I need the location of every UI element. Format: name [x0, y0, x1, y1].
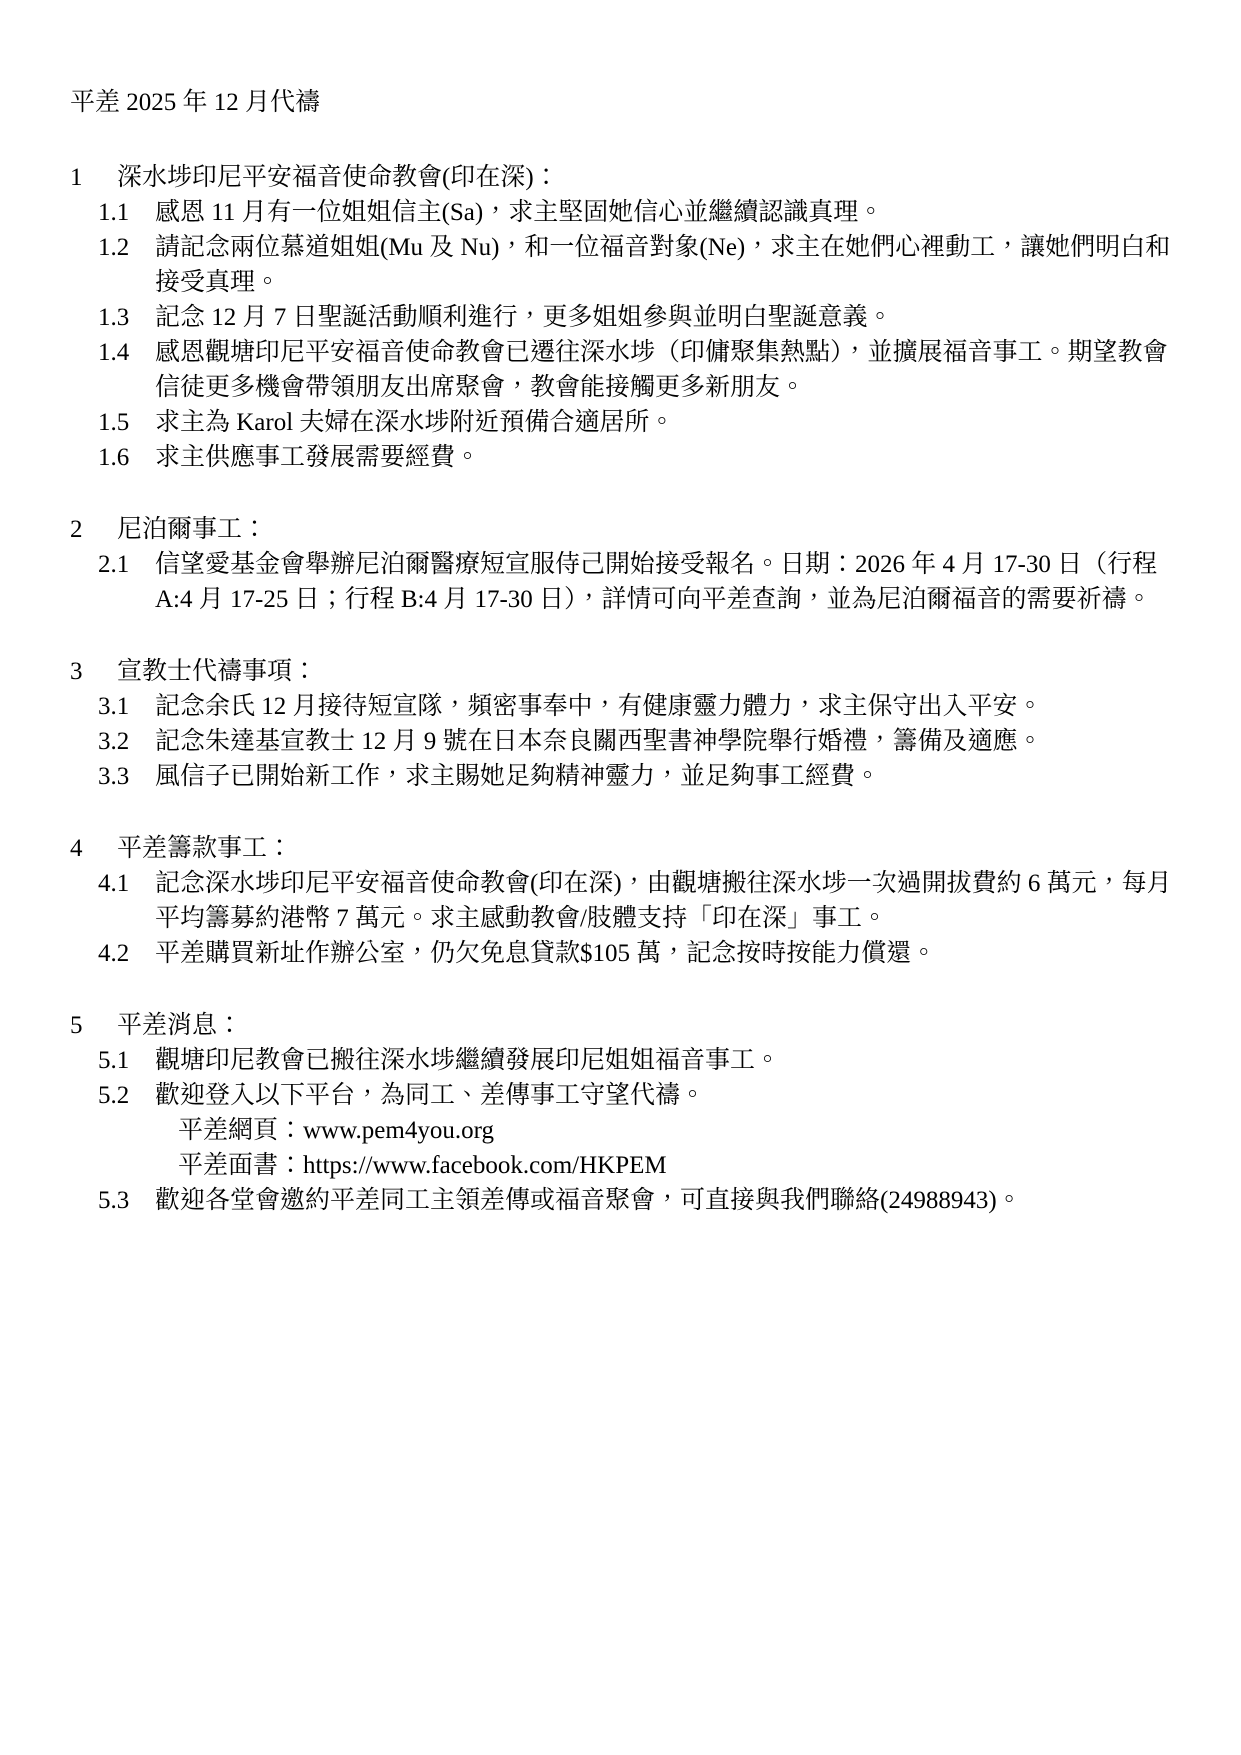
section: 3 宣教士代禱事項： 3.1 記念余氏 12 月接待短宣隊，頻密事奉中，有健康靈…: [70, 654, 1183, 794]
item-body: 記念余氏 12 月接待短宣隊，頻密事奉中，有健康靈力體力，求主保守出入平安。: [155, 689, 1183, 724]
prayer-item: 1.5 求主為 Karol 夫婦在深水埗附近預備合適居所。: [98, 405, 1183, 440]
prayer-items: 4.1 記念深水埗印尼平安福音使命教會(印在深)，由觀塘搬往深水埗一次過開拔費約…: [70, 866, 1183, 971]
section-heading: 平差籌款事工：: [117, 831, 1183, 866]
section-heading: 尼泊爾事工：: [117, 512, 1183, 547]
section-heading: 平差消息：: [117, 1008, 1183, 1043]
prayer-item: 4.2 平差購買新址作辦公室，仍欠免息貸款$105 萬，記念按時按能力償還。: [98, 936, 1183, 971]
item-body: 歡迎登入以下平台，為同工、差傳事工守望代禱。 平差網頁：www.pem4you.…: [155, 1078, 1183, 1183]
prayer-item: 3.3 風信子已開始新工作，求主賜她足夠精神靈力，並足夠事工經費。: [98, 759, 1183, 794]
document-page: 平差 2025 年 12 月代禱 1 深水埗印尼平安福音使命教會(印在深)： 1…: [0, 0, 1241, 1755]
item-number: 4.1: [98, 866, 155, 936]
section-number: 1: [70, 160, 117, 195]
section: 4 平差籌款事工： 4.1 記念深水埗印尼平安福音使命教會(印在深)，由觀塘搬往…: [70, 831, 1183, 971]
section-heading-row: 2 尼泊爾事工：: [70, 512, 1183, 547]
item-number: 1.6: [98, 440, 155, 475]
item-number: 5.3: [98, 1183, 155, 1218]
item-number: 5.1: [98, 1043, 155, 1078]
item-number: 3.3: [98, 759, 155, 794]
sections-container: 1 深水埗印尼平安福音使命教會(印在深)： 1.1 感恩 11 月有一位姐姐信主…: [70, 160, 1183, 1218]
item-text: 記念朱達基宣教士 12 月 9 號在日本奈良關西聖書神學院舉行婚禮，籌備及適應。: [155, 728, 1043, 755]
item-text: 求主供應事工發展需要經費。: [155, 444, 480, 471]
item-body: 記念朱達基宣教士 12 月 9 號在日本奈良關西聖書神學院舉行婚禮，籌備及適應。: [155, 724, 1183, 759]
section: 2 尼泊爾事工： 2.1 信望愛基金會舉辦尼泊爾醫療短宣服侍己開始接受報名。日期…: [70, 512, 1183, 617]
prayer-item: 1.1 感恩 11 月有一位姐姐信主(Sa)，求主堅固她信心並繼續認識真理。: [98, 195, 1183, 230]
item-number: 1.2: [98, 230, 155, 300]
item-number: 1.3: [98, 300, 155, 335]
item-text: 記念深水埗印尼平安福音使命教會(印在深)，由觀塘搬往深水埗一次過開拔費約 6 萬…: [155, 870, 1172, 932]
item-text: 信望愛基金會舉辦尼泊爾醫療短宣服侍己開始接受報名。日期：2026 年 4 月 1…: [155, 551, 1157, 613]
item-body: 請記念兩位慕道姐姐(Mu 及 Nu)，和一位福音對象(Ne)，求主在她們心裡動工…: [155, 230, 1183, 300]
item-text: 觀塘印尼教會已搬往深水埗繼續發展印尼姐姐福音事工。: [155, 1047, 780, 1074]
section-heading-row: 1 深水埗印尼平安福音使命教會(印在深)：: [70, 160, 1183, 195]
item-body: 求主供應事工發展需要經費。: [155, 440, 1183, 475]
section-number: 5: [70, 1008, 117, 1043]
section-heading: 深水埗印尼平安福音使命教會(印在深)：: [117, 160, 1183, 195]
item-text: 風信子已開始新工作，求主賜她足夠精神靈力，並足夠事工經費。: [155, 763, 880, 790]
item-body: 記念深水埗印尼平安福音使命教會(印在深)，由觀塘搬往深水埗一次過開拔費約 6 萬…: [155, 866, 1183, 936]
item-body: 求主為 Karol 夫婦在深水埗附近預備合適居所。: [155, 405, 1183, 440]
prayer-items: 3.1 記念余氏 12 月接待短宣隊，頻密事奉中，有健康靈力體力，求主保守出入平…: [70, 689, 1183, 794]
section-heading-row: 5 平差消息：: [70, 1008, 1183, 1043]
prayer-item: 3.2 記念朱達基宣教士 12 月 9 號在日本奈良關西聖書神學院舉行婚禮，籌備…: [98, 724, 1183, 759]
prayer-item: 5.1 觀塘印尼教會已搬往深水埗繼續發展印尼姐姐福音事工。: [98, 1043, 1183, 1078]
prayer-items: 5.1 觀塘印尼教會已搬往深水埗繼續發展印尼姐姐福音事工。 5.2 歡迎登入以下…: [70, 1043, 1183, 1218]
section-number: 4: [70, 831, 117, 866]
section-number: 3: [70, 654, 117, 689]
item-number: 3.1: [98, 689, 155, 724]
section-heading-row: 4 平差籌款事工：: [70, 831, 1183, 866]
item-number: 1.4: [98, 335, 155, 405]
item-text: 記念 12 月 7 日聖誕活動順利進行，更多姐姐參與並明白聖誕意義。: [155, 304, 893, 331]
prayer-item: 3.1 記念余氏 12 月接待短宣隊，頻密事奉中，有健康靈力體力，求主保守出入平…: [98, 689, 1183, 724]
item-body: 觀塘印尼教會已搬往深水埗繼續發展印尼姐姐福音事工。: [155, 1043, 1183, 1078]
item-text: 求主為 Karol 夫婦在深水埗附近預備合適居所。: [155, 409, 674, 436]
prayer-item: 5.2 歡迎登入以下平台，為同工、差傳事工守望代禱。 平差網頁：www.pem4…: [98, 1078, 1183, 1183]
section: 5 平差消息： 5.1 觀塘印尼教會已搬往深水埗繼續發展印尼姐姐福音事工。 5.…: [70, 1008, 1183, 1218]
item-text: 感恩 11 月有一位姐姐信主(Sa)，求主堅固她信心並繼續認識真理。: [155, 199, 883, 226]
section-heading-row: 3 宣教士代禱事項：: [70, 654, 1183, 689]
item-number: 4.2: [98, 936, 155, 971]
item-text: 請記念兩位慕道姐姐(Mu 及 Nu)，和一位福音對象(Ne)，求主在她們心裡動工…: [155, 234, 1170, 296]
prayer-items: 2.1 信望愛基金會舉辦尼泊爾醫療短宣服侍己開始接受報名。日期：2026 年 4…: [70, 547, 1183, 617]
prayer-items: 1.1 感恩 11 月有一位姐姐信主(Sa)，求主堅固她信心並繼續認識真理。 1…: [70, 195, 1183, 475]
prayer-item: 1.4 感恩觀塘印尼平安福音使命教會已遷往深水埗（印傭聚集熱點），並擴展福音事工…: [98, 335, 1183, 405]
section-heading: 宣教士代禱事項：: [117, 654, 1183, 689]
contact-line: 平差面書：https://www.facebook.com/HKPEM: [178, 1148, 1183, 1183]
prayer-item: 4.1 記念深水埗印尼平安福音使命教會(印在深)，由觀塘搬往深水埗一次過開拔費約…: [98, 866, 1183, 936]
item-number: 1.1: [98, 195, 155, 230]
item-body: 感恩觀塘印尼平安福音使命教會已遷往深水埗（印傭聚集熱點），並擴展福音事工。期望教…: [155, 335, 1183, 405]
item-body: 歡迎各堂會邀約平差同工主領差傳或福音聚會，可直接與我們聯絡(24988943)。: [155, 1183, 1183, 1218]
item-number: 3.2: [98, 724, 155, 759]
prayer-item: 5.3 歡迎各堂會邀約平差同工主領差傳或福音聚會，可直接與我們聯絡(249889…: [98, 1183, 1183, 1218]
section-number: 2: [70, 512, 117, 547]
item-body: 平差購買新址作辦公室，仍欠免息貸款$105 萬，記念按時按能力償還。: [155, 936, 1183, 971]
item-number: 2.1: [98, 547, 155, 617]
item-text: 歡迎各堂會邀約平差同工主領差傳或福音聚會，可直接與我們聯絡(24988943)。: [155, 1187, 1022, 1214]
item-number: 5.2: [98, 1078, 155, 1183]
item-text: 平差購買新址作辦公室，仍欠免息貸款$105 萬，記念按時按能力償還。: [155, 940, 936, 967]
section: 1 深水埗印尼平安福音使命教會(印在深)： 1.1 感恩 11 月有一位姐姐信主…: [70, 160, 1183, 475]
prayer-item: 2.1 信望愛基金會舉辦尼泊爾醫療短宣服侍己開始接受報名。日期：2026 年 4…: [98, 547, 1183, 617]
item-body: 信望愛基金會舉辦尼泊爾醫療短宣服侍己開始接受報名。日期：2026 年 4 月 1…: [155, 547, 1183, 617]
prayer-item: 1.3 記念 12 月 7 日聖誕活動順利進行，更多姐姐參與並明白聖誕意義。: [98, 300, 1183, 335]
item-text: 感恩觀塘印尼平安福音使命教會已遷往深水埗（印傭聚集熱點），並擴展福音事工。期望教…: [155, 339, 1168, 401]
item-text: 歡迎登入以下平台，為同工、差傳事工守望代禱。: [155, 1082, 705, 1109]
prayer-item: 1.2 請記念兩位慕道姐姐(Mu 及 Nu)，和一位福音對象(Ne)，求主在她們…: [98, 230, 1183, 300]
item-text: 記念余氏 12 月接待短宣隊，頻密事奉中，有健康靈力體力，求主保守出入平安。: [155, 693, 1043, 720]
contact-lines: 平差網頁：www.pem4you.org平差面書：https://www.fac…: [155, 1113, 1183, 1183]
prayer-item: 1.6 求主供應事工發展需要經費。: [98, 440, 1183, 475]
item-body: 風信子已開始新工作，求主賜她足夠精神靈力，並足夠事工經費。: [155, 759, 1183, 794]
item-body: 感恩 11 月有一位姐姐信主(Sa)，求主堅固她信心並繼續認識真理。: [155, 195, 1183, 230]
item-number: 1.5: [98, 405, 155, 440]
contact-line: 平差網頁：www.pem4you.org: [178, 1113, 1183, 1148]
document-title: 平差 2025 年 12 月代禱: [70, 85, 1183, 120]
item-body: 記念 12 月 7 日聖誕活動順利進行，更多姐姐參與並明白聖誕意義。: [155, 300, 1183, 335]
